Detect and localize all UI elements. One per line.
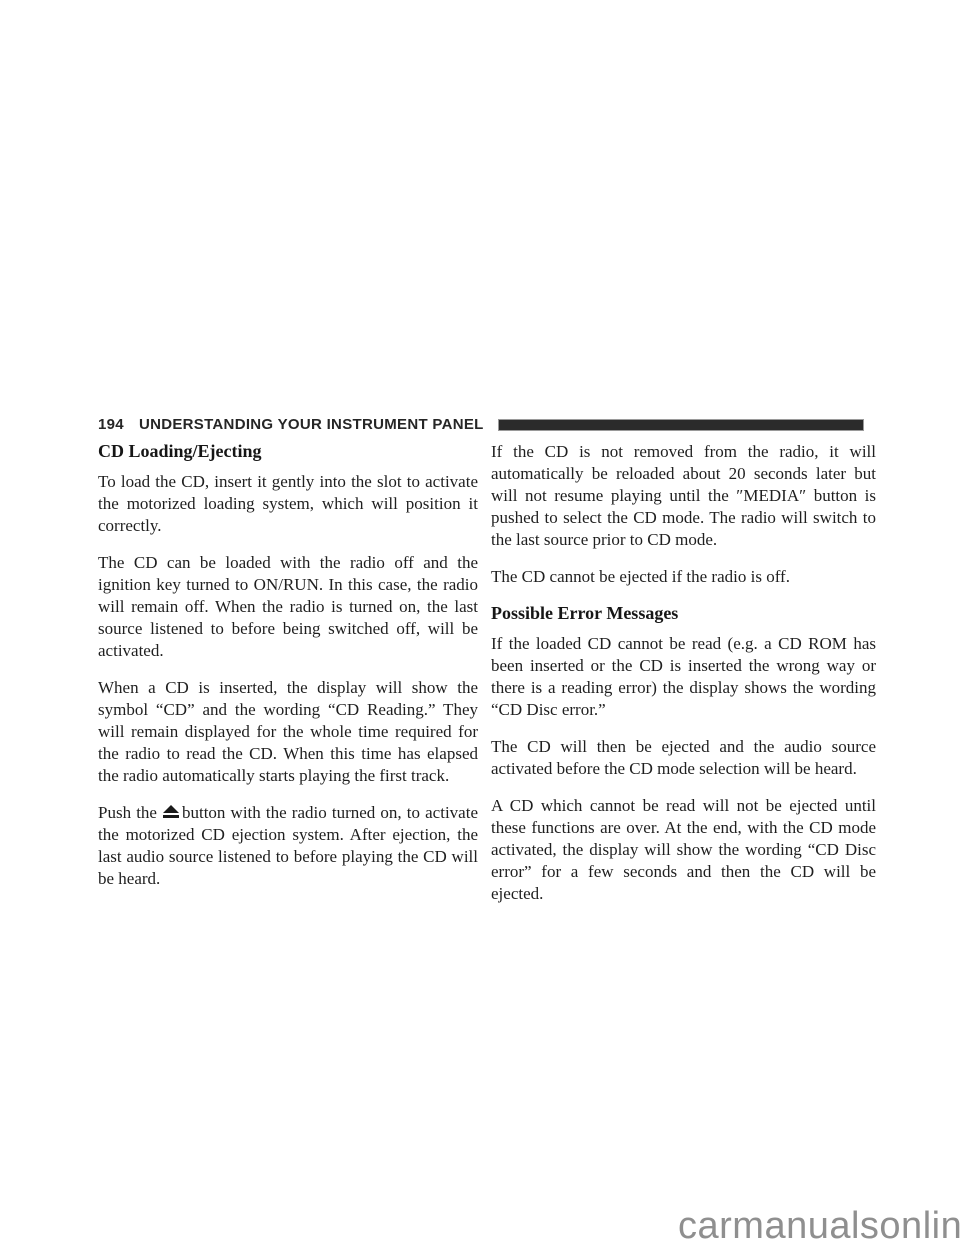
page-number: 194 (98, 416, 124, 433)
paragraph: To load the CD, insert it gently into th… (98, 471, 478, 537)
header-title: UNDERSTANDING YOUR INSTRUMENT PANEL (139, 416, 484, 433)
section-heading-possible-error-messages: Possible Error Messages (491, 603, 876, 624)
paragraph: If the loaded CD cannot be read (e.g. a … (491, 633, 876, 721)
manual-page: { "header": { "page_number": "194", "tit… (0, 0, 960, 1242)
two-column-body: CD Loading/Ejecting To load the CD, inse… (98, 441, 876, 905)
paragraph: If the CD is not removed from the radio,… (491, 441, 876, 551)
right-column: If the CD is not removed from the radio,… (491, 441, 876, 905)
left-column: CD Loading/Ejecting To load the CD, inse… (98, 441, 478, 905)
paragraph: The CD will then be ejected and the audi… (491, 736, 876, 780)
paragraph: The CD can be loaded with the radio off … (98, 552, 478, 662)
watermark-carmanualsonline: carmanualsonline.info (678, 1207, 960, 1242)
paragraph-with-eject-icon: Push thebutton with the radio turned on,… (98, 802, 478, 890)
paragraph: When a CD is inserted, the display will … (98, 677, 478, 787)
page-header: 194 UNDERSTANDING YOUR INSTRUMENT PANEL (98, 416, 864, 433)
paragraph: A CD which cannot be read will not be ej… (491, 795, 876, 905)
eject-icon (163, 802, 179, 815)
section-heading-cd-loading-ejecting: CD Loading/Ejecting (98, 441, 478, 462)
paragraph: The CD cannot be ejected if the radio is… (491, 566, 876, 588)
header-bar (498, 419, 864, 431)
paragraph-text-before-icon: Push the (98, 803, 157, 822)
